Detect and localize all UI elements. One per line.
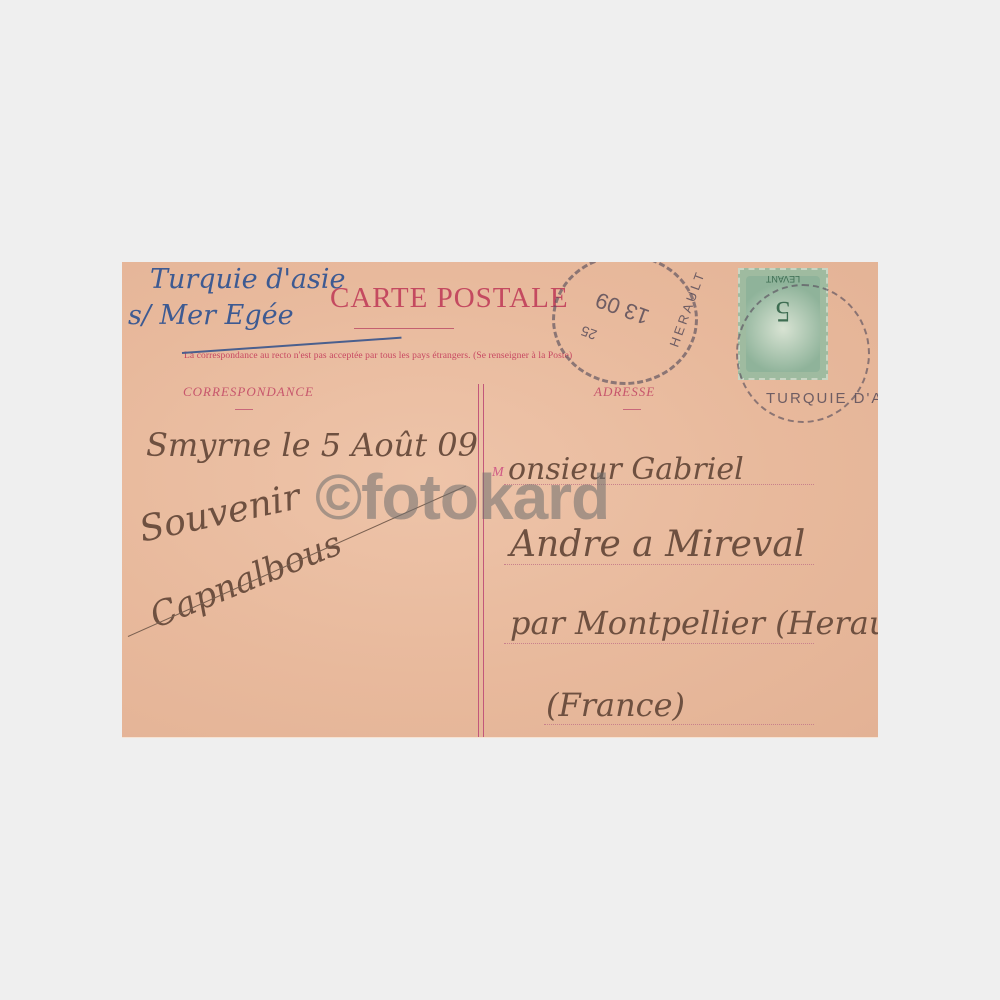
handwritten-blue-line-2: s/ Mer Egée	[128, 300, 294, 331]
address-handwriting-line-3: par Montpellier (Herault	[510, 604, 878, 642]
postcard-back: CARTE POSTALE La correspondance au recto…	[122, 262, 878, 737]
address-handwriting-line-4: (France)	[546, 686, 685, 724]
correspondence-rule	[235, 409, 253, 410]
watermark: ©fotokard	[315, 460, 609, 534]
handwritten-blue-line-1: Turquie d'asie	[150, 264, 345, 295]
departure-postmark: TURQUIE D'ASIE	[736, 284, 870, 423]
message-line-2: Souvenir	[136, 477, 304, 551]
title-underline	[354, 328, 454, 329]
address-label: ADRESSE	[594, 384, 655, 400]
postmark-date: 13 09	[592, 286, 653, 329]
printed-notice: La correspondance au recto n'est pas acc…	[184, 351, 572, 361]
center-divider	[478, 384, 484, 737]
address-line-3	[504, 643, 814, 644]
postmark-hour: 25	[579, 323, 599, 343]
departure-postmark-place: TURQUIE D'ASIE	[766, 390, 878, 407]
correspondence-label: CORRESPONDANCE	[183, 384, 314, 400]
arrival-postmark: 13 09 25 HERAULT	[552, 262, 698, 385]
postmark-place: HERAULT	[667, 268, 709, 349]
stamp-text: LEVANT	[740, 274, 826, 284]
card-title: CARTE POSTALE	[330, 282, 569, 315]
address-rule	[623, 409, 641, 410]
address-line-4	[544, 724, 814, 725]
message-line-1: Smyrne le 5 Août 09	[146, 426, 478, 464]
